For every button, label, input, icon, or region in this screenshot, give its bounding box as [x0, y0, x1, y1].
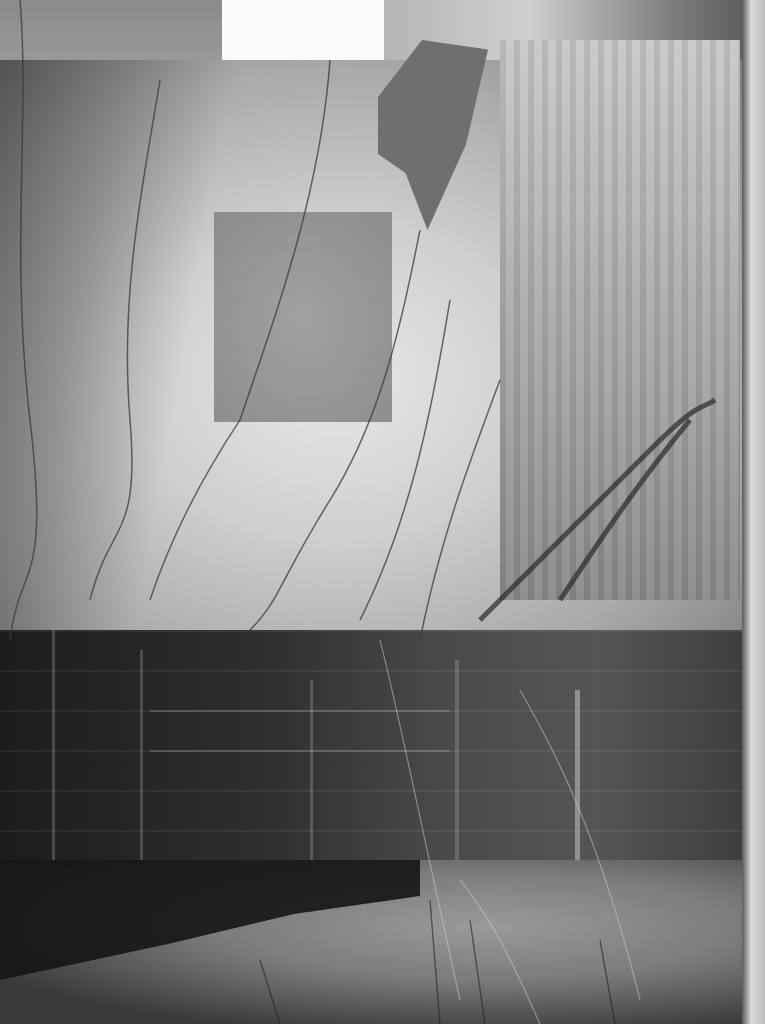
- plaster-cracks: [0, 0, 765, 1024]
- photograph: [0, 0, 765, 1024]
